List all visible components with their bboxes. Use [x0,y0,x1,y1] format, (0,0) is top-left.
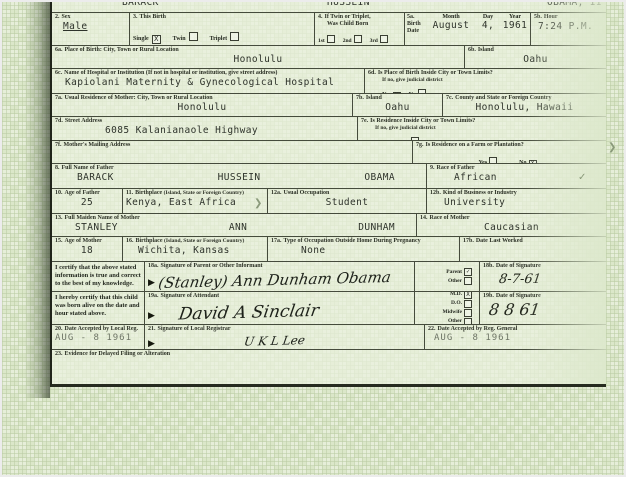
field-father-occupation: 12a.Usual Occupation Student [267,189,426,213]
mother-residence-value: Honolulu [55,102,349,114]
field-father-industry: 12b.Kind of Business or Industry Univers… [426,189,606,213]
sex-value: Male [55,21,126,33]
checkbox-parent: ✓ [464,268,472,276]
field-hospital: 6c.Name of Hospital or Institution (If n… [52,69,364,93]
field-sex: 2.Sex Male [52,13,129,45]
row-attendant-signature: I hereby certify that this child was bor… [52,291,606,324]
checkbox-do [464,300,472,308]
field-if-twin: 4.If Twin or Triplet, Was Child Born 1st… [314,13,404,45]
checkbox-triplet [230,32,239,41]
mother-occupation-value: None [271,245,456,257]
row-place-of-birth: 6a.Place of Birth: City, Town or Rural L… [52,45,606,68]
field-farm: 7g.Is Residence on a Farm or Plantation?… [412,141,606,163]
checkbox-1st [327,35,335,43]
field-father-race: 9.Race of Father African [426,164,606,188]
field-mother-occupation: 17a.Type of Occupation Outside Home Duri… [267,237,459,261]
row-mother-details: 15.Age of Mother 18 16.Birthplace (Islan… [52,236,606,261]
hospital-value: Kapiolani Maternity & Gynecological Hosp… [55,77,361,89]
checkbox-informant-other [464,277,472,285]
field-evidence: 23.Evidence for Delayed Filing or Altera… [52,350,606,385]
local-accept-stamp: AUG - 8 1961 [55,333,141,343]
scanned-birth-certificate: BARACK HUSSEIN OBAMA, II 2.Sex Male 3.Th… [0,0,626,477]
field-mother-race: 14.Race of Mother Caucasian [416,214,606,236]
checkbox-single: X [152,35,161,44]
field-label: Sex [62,14,71,20]
field-number: 2. [55,14,60,20]
row-evidence: 23.Evidence for Delayed Filing or Altera… [52,349,606,385]
certify-statement-attendant: I hereby certify that this child was bor… [52,292,144,324]
field-hour: 5b.Hour 7:24 P.M. [530,13,606,45]
father-first: BARACK [77,172,114,184]
parent-label: Parent [446,269,462,276]
row-residence: 7a.Usual Residence of Mother: City, Town… [52,93,606,116]
twin-label: Twin [173,36,186,42]
field-county: 7c.County and State or Foreign Country H… [442,94,606,116]
field-date-accepted-local: 20.Date Accepted by Local Reg. AUG - 8 1… [52,325,144,349]
signature-arrow-icon: ▶ [148,310,155,320]
field-attendant-signature-date: 19b.Date of Signature 8 8 61 [479,292,606,324]
field-mailing-address: 7f.Mother's Mailing Address [52,141,412,163]
checkbox-md: X [464,292,472,299]
mother-birthplace-value: Wichita, Kansas [126,245,264,257]
row-mother-name: 13.Full Maiden Name of Mother STANLEY AN… [52,213,606,236]
checkbox-2nd [354,35,362,43]
field-residence-city-limits: 7e.Is Residence Inside City or Town Limi… [357,117,606,140]
triplet-label: Triplet [210,36,228,42]
father-race-value: African [430,172,603,184]
field-birth-date: 5a. Birth Date Month Day Year August 4, [404,13,530,45]
father-occupation-value: Student [271,197,423,209]
county-value: Honolulu, Hawaii [446,102,603,114]
certificate-form: BARACK HUSSEIN OBAMA, II 2.Sex Male 3.Th… [50,2,606,387]
field-date-accepted-general: 22.Date Accepted by Reg. General AUG - 8… [424,325,606,349]
field-registrar-signature: 21.Signature of Local Registrar ▶U K L L… [144,325,424,349]
field-date-last-worked: 17b.Date Last Worked [459,237,606,261]
father-industry-value: University [430,197,603,209]
informant-type-checkboxes: Parent✓ Other [414,262,479,291]
mother-age-value: 18 [55,245,119,257]
row-father-details: 10.Age of Father 25 11.Birthplace (Islan… [52,188,606,213]
2nd-label: 2nd [343,38,352,44]
place-of-birth-value: Honolulu [55,54,461,66]
attendant-signature-date-value: 8 8 61 [482,300,542,319]
row-parent-signature: I certify that the above stated informat… [52,261,606,291]
checkbox-midwife [464,309,472,317]
field-this-birth: 3.This Birth SingleX Twin Triplet [129,13,314,45]
field-island-6b: 6b.Island Oahu [464,46,606,68]
child-last-name: OBAMA, II [547,2,602,9]
field-street-address: 7d.Street Address 6085 Kalanianaole High… [52,117,357,140]
attendant-type-checkboxes: M.D.X D.O. Midwife Other [414,292,479,324]
row-street-address: 7d.Street Address 6085 Kalanianaole High… [52,116,606,140]
single-label: Single [133,36,149,42]
field-father-birthplace: 11.Birthplace (Island, State or Foreign … [122,189,267,213]
hour-value: 7:24 P.M. [534,21,603,33]
md-label: M.D. [450,292,462,298]
general-accept-stamp: AUG - 8 1961 [428,333,603,343]
row-child-name-cutoff: BARACK HUSSEIN OBAMA, II [52,2,606,12]
island-7b-value: Oahu [356,102,439,114]
child-middle-name: HUSSEIN [327,2,370,9]
row-mailing-address: 7f.Mother's Mailing Address 7g.Is Reside… [52,140,606,163]
attendant-signature-value: David A Sinclair [157,301,320,324]
field-mother-residence: 7a.Usual Residence of Mother: City, Town… [52,94,352,116]
checkbox-3rd [380,35,388,43]
pencil-mark: ❯ [608,142,616,153]
birth-month: August [426,20,476,32]
birth-day: 4, [476,20,500,32]
field-mother-age: 15.Age of Mother 18 [52,237,122,261]
child-first-name: BARACK [122,2,159,9]
signature-arrow-icon: ▶ [148,277,155,287]
field-island-7b: 7b.Island Oahu [352,94,442,116]
father-birthplace-value: Kenya, East Africa [126,197,264,209]
field-place-of-birth: 6a.Place of Birth: City, Town or Rural L… [52,46,464,68]
row-hospital: 6c.Name of Hospital or Institution (If n… [52,68,606,93]
book-spine-shadow [24,2,50,398]
3rd-label: 3rd [370,38,378,44]
certify-statement-parent: I certify that the above stated informat… [52,262,144,291]
field-mother-birthplace: 16.Birthplace (Island, State or Foreign … [122,237,267,261]
row-registrar: 20.Date Accepted by Local Reg. AUG - 8 1… [52,324,606,349]
mother-middle: ANN [229,222,247,234]
1st-label: 1st [318,38,325,44]
row-sex-birthdate: 2.Sex Male 3.This Birth SingleX Twin Tri… [52,12,606,45]
field-birth-city-limits: 6d.Is Place of Birth Inside City or Town… [364,69,606,93]
field-mother-name: 13.Full Maiden Name of Mother STANLEY AN… [52,214,416,236]
father-middle: HUSSEIN [218,172,261,184]
mother-first: STANLEY [75,222,118,234]
birth-year: 1961 [500,20,530,32]
street-address-value: 6085 Kalanianaole Highway [55,125,354,137]
island-6b-value: Oahu [468,54,603,66]
field-father-age: 10.Age of Father 25 [52,189,122,213]
midwife-label: Midwife [442,309,462,316]
checkbox-twin [189,32,198,41]
parent-signature-date-value: 8-7-61 [482,272,542,287]
field-father-name: 8.Full Name of Father BARACK HUSSEIN OBA… [52,164,426,188]
field-attendant-signature: 19a.Signature of Attendant ▶David A Sinc… [144,292,414,324]
mother-last: DUNHAM [358,222,395,234]
other-label: Other [448,278,462,285]
do-label: D.O. [451,300,462,307]
field-parent-signature: 18a.Signature of Parent or Other Informa… [144,262,414,291]
field-parent-signature-date: 18b.Date of Signature 8-7-61 [479,262,606,291]
registrar-signature-value: U K L Lee [158,333,306,349]
father-age-value: 25 [55,197,119,209]
signature-arrow-icon: ▶ [148,338,155,348]
mother-race-value: Caucasian [420,222,603,234]
parent-signature-value: (Stanley) Ann Dunham Obama [157,268,392,291]
father-last: OBAMA [364,172,395,184]
row-father-name: 8.Full Name of Father BARACK HUSSEIN OBA… [52,163,606,188]
